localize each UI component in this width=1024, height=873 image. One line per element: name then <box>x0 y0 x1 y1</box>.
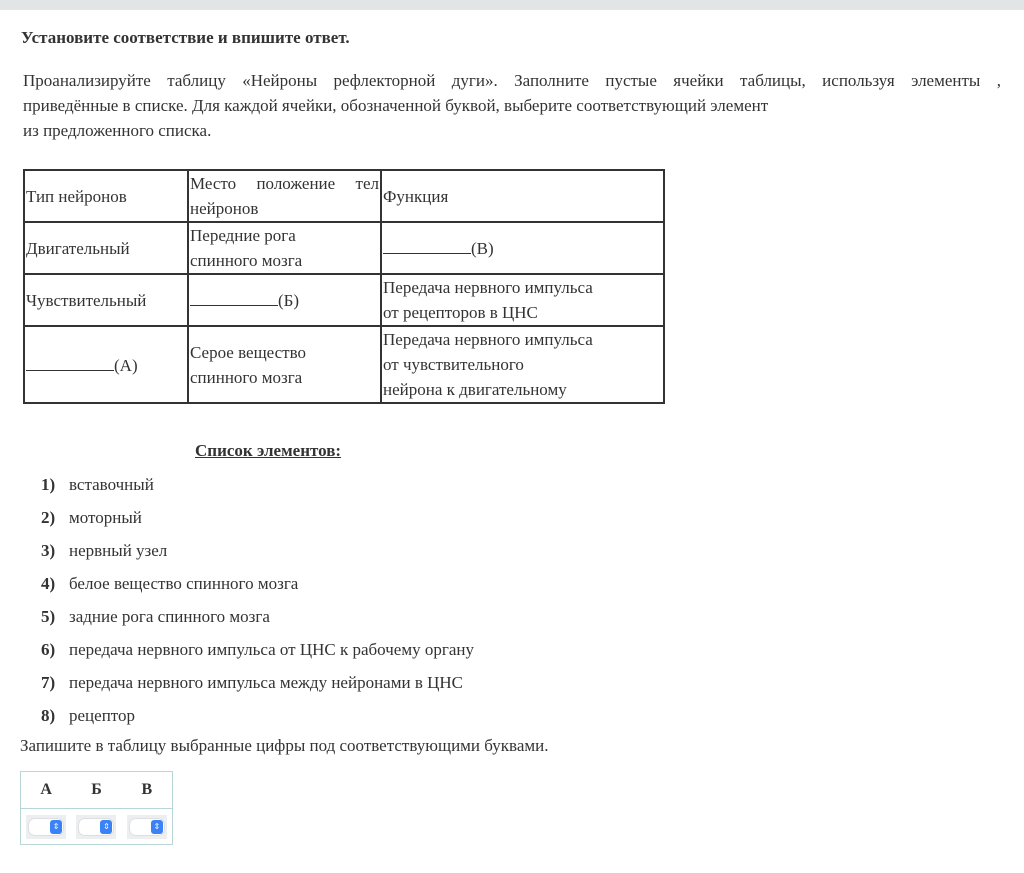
elements-list: 1)вставочный 2)моторный 3)нервный узел 4… <box>41 472 474 736</box>
intro-line-1: Проанализируйте таблицу «Нейроны рефлект… <box>23 68 1001 93</box>
list-item: 5)задние рога спинного мозга <box>41 604 474 637</box>
answer-letter-b: Б <box>71 772 121 808</box>
list-item: 3)нервный узел <box>41 538 474 571</box>
answer-letter-a: А <box>21 772 71 808</box>
header-type: Тип нейронов <box>24 170 188 222</box>
table-header-row: Тип нейронов Место положение тел нейроно… <box>24 170 664 222</box>
cell-type: Двигательный <box>24 222 188 274</box>
header-location: Место положение тел нейронов <box>188 170 381 222</box>
answer-select-row: ⇕ ⇕ ⇕ <box>21 809 172 839</box>
answer-select-a[interactable]: ⇕ <box>29 819 63 835</box>
table-row: Чувствительный (Б) Передача нервного имп… <box>24 274 664 326</box>
intro-line-2: приведённые в списке. Для каждой ячейки,… <box>23 93 1001 118</box>
answer-table: А Б В ⇕ ⇕ ⇕ <box>20 771 173 845</box>
table-row: Двигательный Передние рога спинного мозг… <box>24 222 664 274</box>
answer-select-v[interactable]: ⇕ <box>130 819 164 835</box>
list-item: 8)рецептор <box>41 703 474 736</box>
answer-letter-v: В <box>122 772 172 808</box>
task-intro: Проанализируйте таблицу «Нейроны рефлект… <box>23 68 1001 143</box>
list-item: 2)моторный <box>41 505 474 538</box>
neurons-table: Тип нейронов Место положение тел нейроно… <box>23 169 665 404</box>
cell-function-blank: (В) <box>381 222 664 274</box>
cell-function: Передача нервного импульса от рецепторов… <box>381 274 664 326</box>
table-row: (А) Серое вещество спинного мозга Переда… <box>24 326 664 403</box>
cell-location: Серое вещество спинного мозга <box>188 326 381 403</box>
answer-instruction: Запишите в таблицу выбранные цифры под с… <box>20 736 549 756</box>
cell-type: Чувствительный <box>24 274 188 326</box>
list-item: 6)передача нервного импульса от ЦНС к ра… <box>41 637 474 670</box>
answer-header-row: А Б В <box>21 772 172 809</box>
header-function: Функция <box>381 170 664 222</box>
list-title: Список элементов: <box>195 441 341 461</box>
task-title: Установите соответствие и впишите ответ. <box>21 28 350 48</box>
updown-chevron-icon: ⇕ <box>100 820 112 834</box>
cell-location: Передние рога спинного мозга <box>188 222 381 274</box>
blank-line <box>190 287 278 306</box>
list-item: 1)вставочный <box>41 472 474 505</box>
list-item: 7)передача нервного импульса между нейро… <box>41 670 474 703</box>
list-item: 4)белое вещество спинного мозга <box>41 571 474 604</box>
cell-location-blank: (Б) <box>188 274 381 326</box>
answer-select-b[interactable]: ⇕ <box>79 819 113 835</box>
updown-chevron-icon: ⇕ <box>151 820 163 834</box>
blank-line <box>383 235 471 254</box>
updown-chevron-icon: ⇕ <box>50 820 62 834</box>
cell-function: Передача нервного импульса от чувствител… <box>381 326 664 403</box>
intro-line-3: из предложенного списка. <box>23 118 1001 143</box>
blank-line <box>26 352 114 371</box>
cell-type-blank: (А) <box>24 326 188 403</box>
top-bar <box>0 0 1024 10</box>
